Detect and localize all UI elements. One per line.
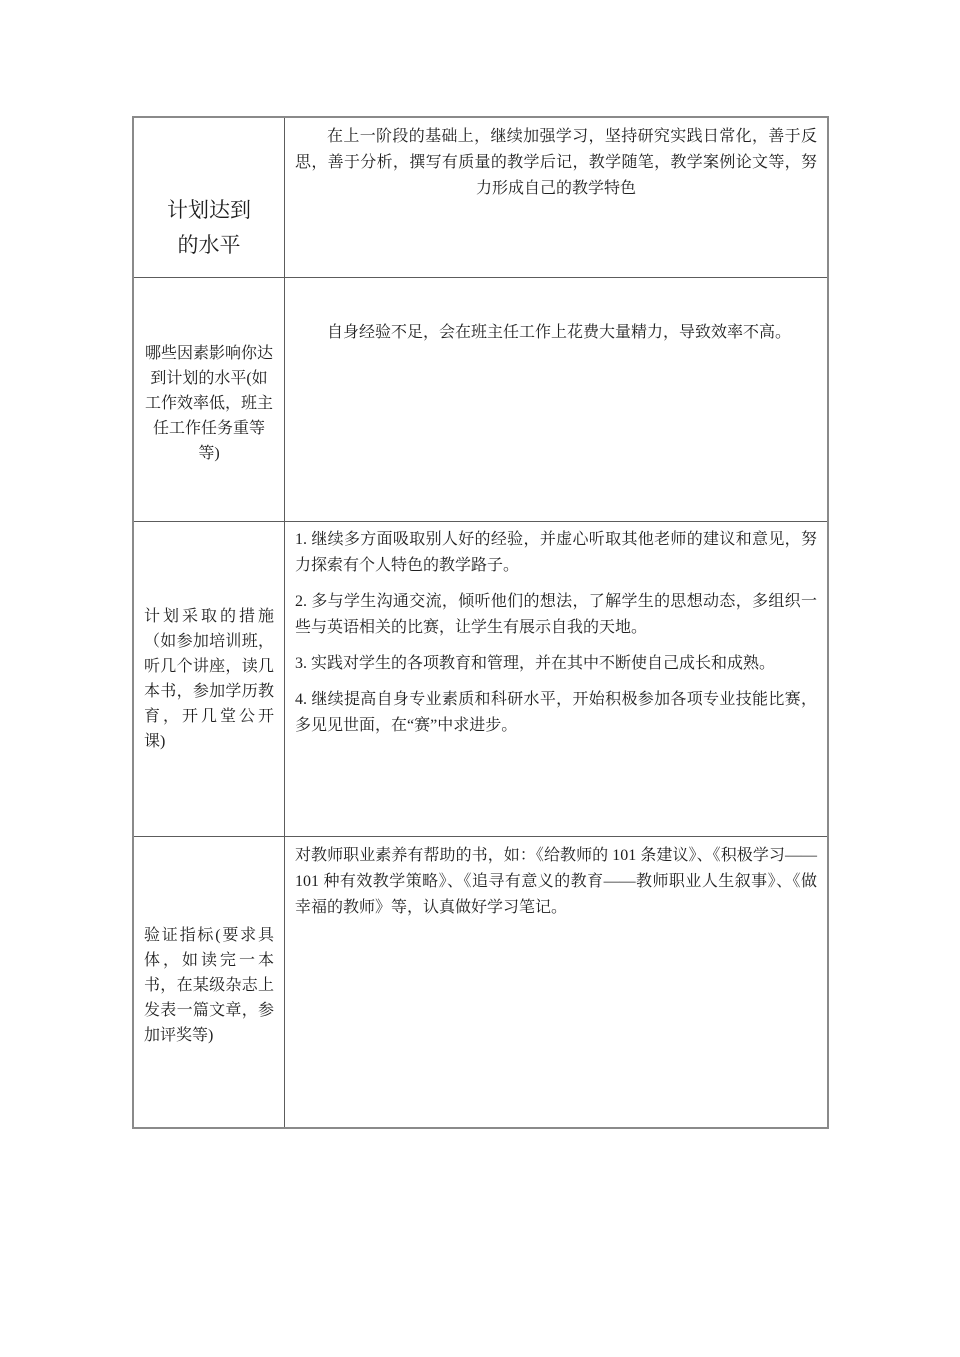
label-line: （如参加培训班， — [144, 629, 274, 654]
label-line: 到计划的水平(如 — [144, 366, 274, 391]
measure-item-4: 4. 继续提高自身专业素质和科研水平，开始积极参加各项专业技能比赛，多见见世面，… — [295, 687, 817, 739]
label-line: 工作效率低，班主 — [144, 391, 274, 416]
label-line: 加评奖等) — [144, 1023, 274, 1048]
influencing-factors-content: 自身经验不足，会在班主任工作上花费大量精力，导致效率不高。 — [285, 277, 827, 521]
planned-level-text: 在上一阶段的基础上，继续加强学习，坚持研究实践日常化，善于反思，善于分析，撰写有… — [295, 124, 817, 202]
influencing-factors-label: 哪些因素影响你达 到计划的水平(如 工作效率低，班主 任工作任务重等 等) — [134, 277, 285, 521]
label-line: 等) — [144, 441, 274, 466]
measure-item-2: 2. 多与学生沟通交流，倾听他们的想法，了解学生的思想动态，多组织一些与英语相关… — [295, 589, 817, 641]
label-line: 育，开几堂公开 — [144, 704, 274, 729]
influencing-factors-text: 自身经验不足，会在班主任工作上花费大量精力，导致效率不高。 — [295, 320, 817, 346]
label-line: 体，如读完一本 — [144, 948, 274, 973]
label-line: 听几个讲座，读几 — [144, 654, 274, 679]
verification-indicators-label: 验证指标(要求具 体，如读完一本 书，在某级杂志上 发表一篇文章，参 加评奖等) — [134, 836, 285, 1127]
verification-indicators-content: 对教师职业素养有帮助的书，如：《给教师的 101 条建议》、《积极学习——101… — [285, 836, 827, 1127]
document-page: 计划达到 的水平 在上一阶段的基础上，继续加强学习，坚持研究实践日常化，善于反思… — [0, 0, 960, 1357]
measure-item-1: 1. 继续多方面吸取别人好的经验，并虚心听取其他老师的建议和意见，努力探索有个人… — [295, 527, 817, 579]
planned-level-label: 计划达到 的水平 — [134, 118, 285, 277]
label-line: 任工作任务重等 — [144, 416, 274, 441]
label-line: 计划达到 — [144, 193, 274, 228]
measure-item-3: 3. 实践对学生的各项教育和管理，并在其中不断使自己成长和成熟。 — [295, 651, 817, 677]
label-line: 本书，参加学历教 — [144, 679, 274, 704]
label-line: 课) — [144, 729, 274, 754]
planned-level-content: 在上一阶段的基础上，继续加强学习，坚持研究实践日常化，善于反思，善于分析，撰写有… — [285, 118, 827, 277]
planned-measures-label: 计划采取的措施 （如参加培训班， 听几个讲座，读几 本书，参加学历教 育，开几堂… — [134, 521, 285, 836]
label-line: 发表一篇文章，参 — [144, 998, 274, 1023]
verification-indicators-text: 对教师职业素养有帮助的书，如：《给教师的 101 条建议》、《积极学习——101… — [295, 843, 817, 921]
development-plan-table: 计划达到 的水平 在上一阶段的基础上，继续加强学习，坚持研究实践日常化，善于反思… — [132, 116, 829, 1129]
planned-measures-content: 1. 继续多方面吸取别人好的经验，并虚心听取其他老师的建议和意见，努力探索有个人… — [285, 521, 827, 836]
label-line: 的水平 — [144, 228, 274, 263]
label-line: 验证指标(要求具 — [144, 923, 274, 948]
label-line: 书，在某级杂志上 — [144, 973, 274, 998]
label-line: 哪些因素影响你达 — [144, 341, 274, 366]
label-line: 计划采取的措施 — [144, 604, 274, 629]
